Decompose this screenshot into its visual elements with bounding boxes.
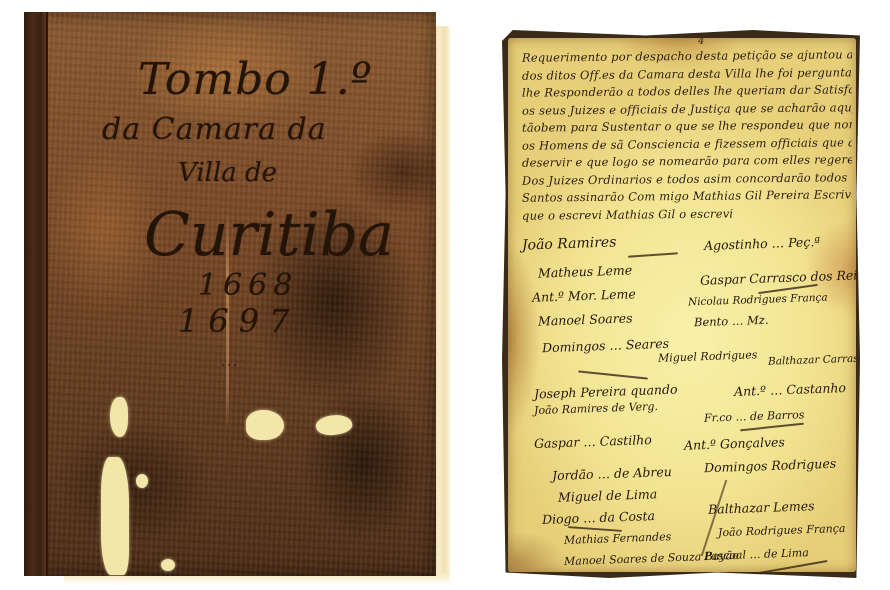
damage-patch [136,474,148,488]
damage-patch [161,559,175,571]
cover-title-line: Curitiba [144,200,394,270]
damage-patch [110,397,128,437]
signature: Fr.co … de Barros [704,408,805,424]
signature: Agostinho … Peç.ª [704,234,821,253]
signature-flourish [628,252,678,257]
signature: Pascoal … de Lima [704,546,809,563]
signature: Balthazar Carrasco [768,352,856,368]
signature: Gaspar … Castilho [534,432,652,451]
spine-edge [46,12,48,576]
book-cover: Tombo 1.º da Camara da Villa de Curitiba… [24,12,454,584]
damage-patch [314,411,353,438]
damage-patch [246,410,284,440]
cover-year-end: 1697 [178,302,299,340]
signature: Gaspar Carrasco dos Reis [700,267,856,288]
signature: Ant.º Mor. Leme [532,286,636,305]
signature-flourish [578,370,648,379]
cover-faint-inscription: … [220,350,238,371]
signature: Ant.º … Castanho [734,380,846,399]
manuscript-line: que o escrevi Mathias Gil o escrevi [522,204,852,225]
signature: João Rodrigues França [718,522,846,539]
cover-title-line: da Camara da [102,112,327,147]
signature: Domingos Rodrigues [704,456,837,476]
manuscript-page: 4 Requerimento por despacho desta petiçã… [508,38,856,572]
cover-year-start: 1668 [198,268,298,303]
signature: Manoel Soares [538,310,633,328]
signature: Ant.º Gonçalves [684,434,785,453]
signature-flourish [758,560,827,572]
signature: Mathias Fernandes [564,530,672,547]
page-mark: 4 [698,38,704,47]
cover-title-line: Tombo 1.º [138,54,372,105]
signature: Jordão … de Abreu [552,464,672,483]
signature: Joseph Pereira quando [534,382,678,402]
signature: Miguel Rodrigues [658,348,758,364]
signature: Domingos … Seares [542,336,669,355]
manuscript-leaf: 4 Requerimento por despacho desta petiçã… [502,30,860,578]
signature: João Ramires [522,234,617,253]
signature: Nicolau Rodrigues França [688,292,828,309]
signature-flourish [568,526,622,532]
book-spine [24,12,46,576]
signature: Diogo … da Costa [542,508,655,527]
leather-cover: Tombo 1.º da Camara da Villa de Curitiba… [24,12,436,576]
signature-flourish [740,423,804,432]
signature: Balthazar Lemes [708,498,815,517]
damage-patch [101,457,129,575]
signature: João Ramires de Verg. [534,400,658,417]
cover-title-line: Villa de [178,158,277,188]
signature: Matheus Leme [538,262,633,280]
ink-stroke [701,480,728,557]
signature: Miguel de Lima [558,486,658,504]
manuscript-text: Requerimento por despacho desta petição … [522,48,852,223]
signature: Bento … Mz. [694,313,769,330]
